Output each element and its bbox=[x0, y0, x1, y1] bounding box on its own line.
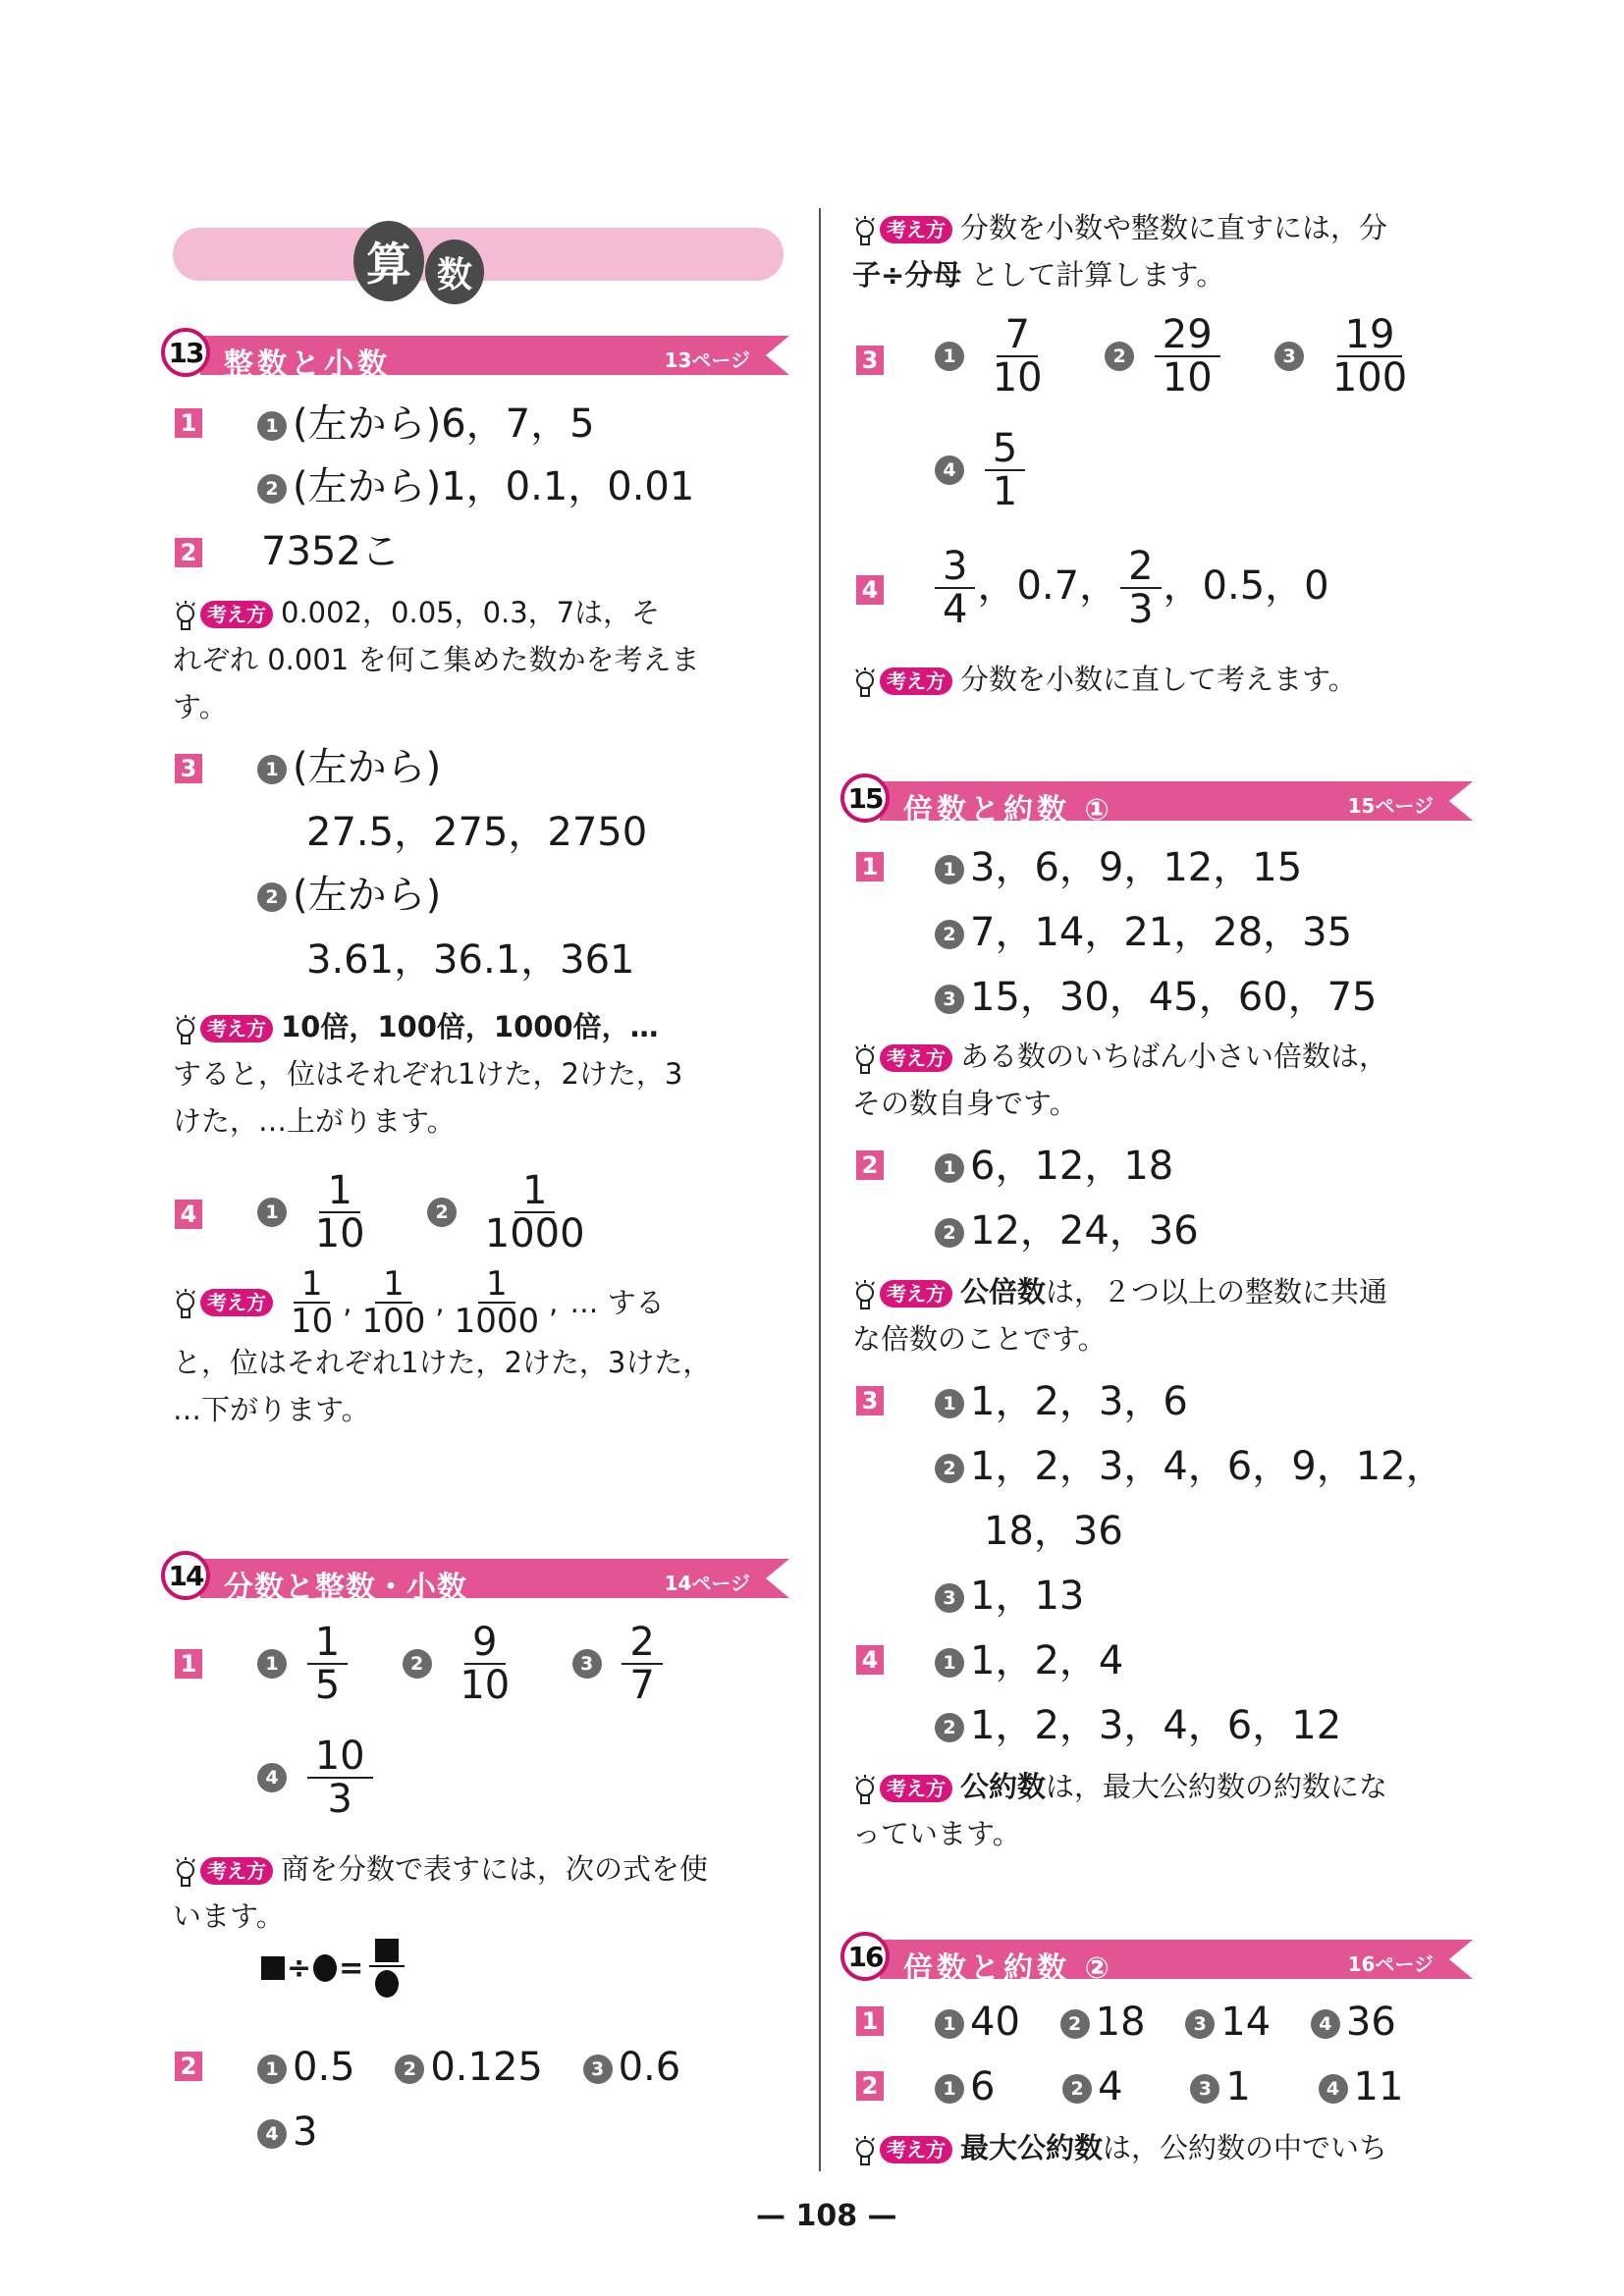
answer-line: 4 51 bbox=[935, 428, 1027, 512]
answer-line: 1 15 2 910 3 27 bbox=[257, 1622, 665, 1706]
fraction: 103 bbox=[307, 1735, 373, 1820]
hint-text: として計算します。 bbox=[961, 258, 1224, 292]
section-title: 整数と小数 bbox=[224, 340, 391, 383]
circled-number: 3 bbox=[572, 1649, 602, 1679]
problem-number: 1 bbox=[175, 1649, 202, 1679]
hint-text-bold: 公約数 bbox=[960, 1770, 1046, 1803]
lightbulb-icon bbox=[173, 1013, 198, 1044]
problem-number: 4 bbox=[175, 1200, 202, 1229]
section-number: 13 bbox=[161, 328, 210, 377]
circled-number: 1 bbox=[935, 1648, 964, 1678]
problem-number: 3 bbox=[856, 346, 884, 375]
hint-block: 考え方ある数のいちばん小さい倍数は， その数自身です。 bbox=[852, 1033, 1481, 1127]
circled-number: 2 bbox=[1062, 2074, 1092, 2104]
fraction: 19100 bbox=[1325, 314, 1415, 399]
hint-block: 考え方公約数は，最大公約数の約数にな っています。 bbox=[852, 1763, 1481, 1857]
section-page-ref: 13ページ bbox=[665, 345, 750, 373]
answer-text: (左から)1，0.1，0.01 bbox=[293, 464, 694, 509]
hint-text: れぞれ 0.001 を何こ集めた数かを考えま bbox=[173, 636, 801, 683]
hint-block: 考え方分数を小数や整数に直すには，分 子÷分母 として計算します。 bbox=[852, 204, 1481, 298]
hint-text: … する bbox=[569, 1279, 664, 1326]
section-title-bar: 倍数と約数 ② 16ページ bbox=[880, 1940, 1473, 1979]
section-title-bar: 整数と小数 13ページ bbox=[200, 336, 789, 375]
circled-number: 2 bbox=[257, 474, 287, 504]
circled-number: 2 bbox=[935, 1713, 964, 1742]
fraction: 27 bbox=[622, 1622, 662, 1706]
hint-text: は，２つ以上の整数に共通 bbox=[1046, 1275, 1387, 1308]
hint-text: 分数を小数に直して考えます。 bbox=[960, 663, 1357, 696]
hint-text: は，公約数の中でいち bbox=[1103, 2131, 1387, 2164]
formula-fraction bbox=[369, 1939, 405, 1998]
hint-text: な倍数のことです。 bbox=[852, 1315, 1481, 1362]
problem-number: 4 bbox=[856, 1645, 884, 1675]
section-page-ref: 14ページ bbox=[665, 1568, 750, 1596]
answer-line: 1 710 2 2910 3 19100 bbox=[935, 314, 1417, 399]
answer-line: 10.5 20.125 30.6 bbox=[257, 2046, 680, 2089]
division-formula: ÷ = bbox=[261, 1939, 405, 1998]
hint-text-bold: 公倍数 bbox=[960, 1275, 1046, 1308]
answer-line: 1(左から) bbox=[257, 746, 441, 789]
section-page-ref: 15ページ bbox=[1348, 790, 1434, 819]
answer-line: 11，2，3，6 bbox=[935, 1380, 1188, 1423]
hint-block: 考え方商を分数で表すには，次の式を使 います。 bbox=[173, 1845, 801, 1940]
hint-label: 考え方 bbox=[200, 1857, 273, 1885]
circled-number: 1 bbox=[935, 2074, 964, 2104]
answer-line: 16 24 31 411 bbox=[935, 2065, 1403, 2109]
answer-label: (左から) bbox=[293, 745, 441, 790]
section-title: 分数と整数・小数 bbox=[224, 1563, 467, 1606]
problem-number: 1 bbox=[175, 408, 202, 438]
answer-text: (左から)6，7，5 bbox=[293, 401, 595, 447]
circled-number: 1 bbox=[935, 342, 964, 371]
hint-block: 考え方最大公約数は，公約数の中でいち bbox=[852, 2124, 1481, 2171]
answer-line: 21，2，3，4，6，12 bbox=[935, 1704, 1341, 1747]
hint-block: 考え方公倍数は，２つ以上の整数に共通 な倍数のことです。 bbox=[852, 1268, 1481, 1362]
circled-number: 2 bbox=[257, 882, 287, 912]
hint-text: その数自身です。 bbox=[852, 1080, 1481, 1127]
section-16-header: 16 倍数と約数 ② 16ページ bbox=[840, 1936, 1469, 1983]
answer-line: 1(左から)6，7，5 bbox=[257, 402, 595, 446]
fraction: 1100 bbox=[353, 1266, 433, 1339]
circled-number: 2 bbox=[935, 920, 964, 949]
circled-number: 1 bbox=[257, 755, 287, 784]
problem-number: 3 bbox=[175, 754, 202, 783]
lightbulb-icon bbox=[852, 214, 878, 245]
hint-text: と，位はそれぞれ1けた，2けた，3けた， bbox=[173, 1339, 801, 1386]
circled-number: 4 bbox=[1311, 2009, 1340, 2039]
hint-text: 10倍，100倍，1000倍，… bbox=[281, 1010, 659, 1043]
lightbulb-icon bbox=[173, 599, 198, 630]
circled-number: 4 bbox=[257, 2119, 287, 2149]
divide-sign: ÷ bbox=[287, 1951, 311, 1986]
hint-label: 考え方 bbox=[200, 1289, 273, 1316]
fraction: 710 bbox=[985, 314, 1051, 399]
circled-number: 3 bbox=[1274, 342, 1304, 371]
problem-number: 2 bbox=[175, 538, 202, 567]
answer-line: 2(左から)1，0.1，0.01 bbox=[257, 465, 694, 508]
answer-line: 34，0.7，23，0.5，0 bbox=[933, 546, 1329, 630]
problem-number: 2 bbox=[856, 2071, 884, 2101]
fraction: 110 bbox=[283, 1266, 341, 1339]
section-13-header: 13 整数と小数 13ページ bbox=[161, 332, 789, 379]
hint-text: ある数のいちばん小さい倍数は， bbox=[960, 1040, 1387, 1073]
circled-number: 1 bbox=[257, 1198, 287, 1227]
fraction: 11000 bbox=[477, 1170, 593, 1255]
fraction: 11000 bbox=[447, 1266, 548, 1339]
lightbulb-icon bbox=[173, 1855, 198, 1887]
hint-text: 商を分数で表すには，次の式を使 bbox=[281, 1852, 708, 1886]
lightbulb-icon bbox=[852, 1278, 878, 1309]
circled-number: 3 bbox=[583, 2055, 613, 2084]
circled-number: 1 bbox=[935, 1153, 964, 1183]
fraction: 23 bbox=[1120, 546, 1161, 630]
square-symbol bbox=[261, 1956, 285, 1980]
circled-number: 2 bbox=[1060, 2009, 1090, 2039]
hint-label: 考え方 bbox=[880, 1775, 952, 1802]
section-title-bar: 倍数と約数 ① 15ページ bbox=[880, 781, 1473, 821]
circled-number: 3 bbox=[935, 1583, 964, 1613]
hint-label: 考え方 bbox=[880, 2136, 952, 2163]
hint-label: 考え方 bbox=[200, 601, 273, 628]
lightbulb-icon bbox=[852, 2134, 878, 2165]
answer-line: 27，14，21，28，35 bbox=[935, 911, 1352, 954]
answer-line: 140 218 314 436 bbox=[935, 2001, 1396, 2044]
circled-number: 3 bbox=[1185, 2009, 1215, 2039]
hint-text: …下がります。 bbox=[173, 1386, 801, 1433]
hint-text: 0.002，0.05，0.3，7は，そ bbox=[281, 596, 660, 629]
fraction: 110 bbox=[307, 1170, 373, 1255]
answer-line: 16，12，18 bbox=[935, 1145, 1173, 1188]
section-number: 16 bbox=[840, 1932, 890, 1981]
fraction: 34 bbox=[935, 546, 975, 630]
problem-number: 2 bbox=[856, 1150, 884, 1180]
lightbulb-icon bbox=[852, 1773, 878, 1804]
hint-block: 考え方 110, 1100, 11000, … する と，位はそれぞれ1けた，2… bbox=[173, 1266, 801, 1433]
hint-text-bold: 子÷分母 bbox=[852, 258, 961, 292]
circled-number: 2 bbox=[427, 1198, 457, 1227]
answer-line: 4 103 bbox=[257, 1735, 375, 1820]
answer-label: (左から) bbox=[293, 873, 441, 918]
hint-label: 考え方 bbox=[200, 1015, 273, 1042]
equals-sign: = bbox=[339, 1951, 363, 1986]
circled-number: 1 bbox=[935, 1389, 964, 1418]
lightbulb-icon bbox=[173, 1287, 198, 1318]
fraction: 2910 bbox=[1155, 314, 1220, 399]
column-divider bbox=[819, 208, 821, 2171]
fraction: 15 bbox=[307, 1622, 348, 1706]
answer-text: 27.5，275，2750 bbox=[306, 811, 647, 854]
hint-text-bold: 最大公約数 bbox=[960, 2131, 1103, 2164]
circled-number: 2 bbox=[935, 1454, 964, 1483]
circled-number: 2 bbox=[403, 1649, 432, 1679]
problem-number: 1 bbox=[856, 2006, 884, 2036]
problem-number: 2 bbox=[175, 2052, 202, 2081]
answer-text: 3.61，36.1，361 bbox=[306, 938, 634, 982]
circled-number: 4 bbox=[1319, 2074, 1348, 2104]
answer-line: 21，2，3，4，6，9，12， bbox=[935, 1445, 1445, 1488]
section-title-bar: 分数と整数・小数 14ページ bbox=[200, 1559, 789, 1598]
section-number: 14 bbox=[161, 1551, 210, 1600]
circled-number: 1 bbox=[935, 2009, 964, 2039]
circled-number: 3 bbox=[935, 985, 964, 1014]
page-number: — 108 — bbox=[756, 2199, 897, 2233]
answer-line: 212，24，36 bbox=[935, 1209, 1199, 1253]
circled-number: 1 bbox=[257, 411, 287, 441]
circled-number: 1 bbox=[935, 855, 964, 884]
hint-block: 考え方0.002，0.05，0.3，7は，そ れぞれ 0.001 を何こ集めた数… bbox=[173, 589, 801, 730]
section-title: 倍数と約数 ② bbox=[903, 1944, 1113, 1987]
answer-text: 18，36 bbox=[984, 1510, 1123, 1553]
section-title: 倍数と約数 ① bbox=[903, 785, 1113, 828]
hint-label: 考え方 bbox=[880, 216, 952, 243]
hint-text: けた，…上がります。 bbox=[173, 1097, 801, 1145]
circled-number: 1 bbox=[257, 2055, 287, 2084]
answer-text: 7352こ bbox=[261, 530, 401, 573]
circle-symbol bbox=[313, 1954, 337, 1982]
subject-char-2: 数 bbox=[425, 240, 484, 304]
problem-number: 4 bbox=[856, 575, 884, 605]
circled-number: 2 bbox=[935, 1218, 964, 1248]
answer-line: 315，30，45，60，75 bbox=[935, 976, 1378, 1019]
answer-line: 2(左から) bbox=[257, 874, 441, 917]
circled-number: 4 bbox=[257, 1763, 287, 1792]
problem-number: 1 bbox=[856, 852, 884, 881]
section-15-header: 15 倍数と約数 ① 15ページ bbox=[840, 777, 1469, 825]
lightbulb-icon bbox=[852, 1042, 878, 1074]
answer-line: 43 bbox=[257, 2110, 317, 2154]
subject-char-1: 算 bbox=[353, 221, 424, 301]
circled-number: 4 bbox=[935, 455, 964, 485]
section-number: 15 bbox=[840, 774, 890, 823]
circled-number: 3 bbox=[1190, 2074, 1219, 2104]
fraction: 51 bbox=[985, 428, 1025, 512]
section-page-ref: 16ページ bbox=[1348, 1949, 1434, 1977]
hint-text: っています。 bbox=[852, 1810, 1481, 1857]
hint-text: は，最大公約数の約数にな bbox=[1046, 1770, 1387, 1803]
answer-line: 31，13 bbox=[935, 1575, 1084, 1618]
hint-block: 考え方分数を小数に直して考えます。 bbox=[852, 656, 1481, 703]
lightbulb-icon bbox=[852, 666, 878, 697]
hint-block: 考え方10倍，100倍，1000倍，… すると，位はそれぞれ1けた，2けた，3 … bbox=[173, 1003, 801, 1145]
circled-number: 2 bbox=[1105, 342, 1134, 371]
fraction: 910 bbox=[452, 1622, 517, 1706]
answer-line: 11，2，4 bbox=[935, 1639, 1123, 1682]
answer-line: 1 110 2 11000 bbox=[257, 1170, 595, 1255]
hint-text: すると，位はそれぞれ1けた，2けた，3 bbox=[173, 1050, 801, 1097]
hint-text: す。 bbox=[173, 683, 801, 730]
circled-number: 2 bbox=[395, 2055, 424, 2084]
hint-text: います。 bbox=[173, 1893, 801, 1940]
hint-label: 考え方 bbox=[880, 1280, 952, 1308]
hint-label: 考え方 bbox=[880, 667, 952, 695]
circled-number: 1 bbox=[257, 1649, 287, 1679]
section-14-header: 14 分数と整数・小数 14ページ bbox=[161, 1555, 789, 1602]
hint-label: 考え方 bbox=[880, 1044, 952, 1072]
answer-line: 13，6，9，12，15 bbox=[935, 846, 1302, 889]
problem-number: 3 bbox=[856, 1386, 884, 1415]
hint-text: 分数を小数や整数に直すには，分 bbox=[960, 211, 1387, 244]
